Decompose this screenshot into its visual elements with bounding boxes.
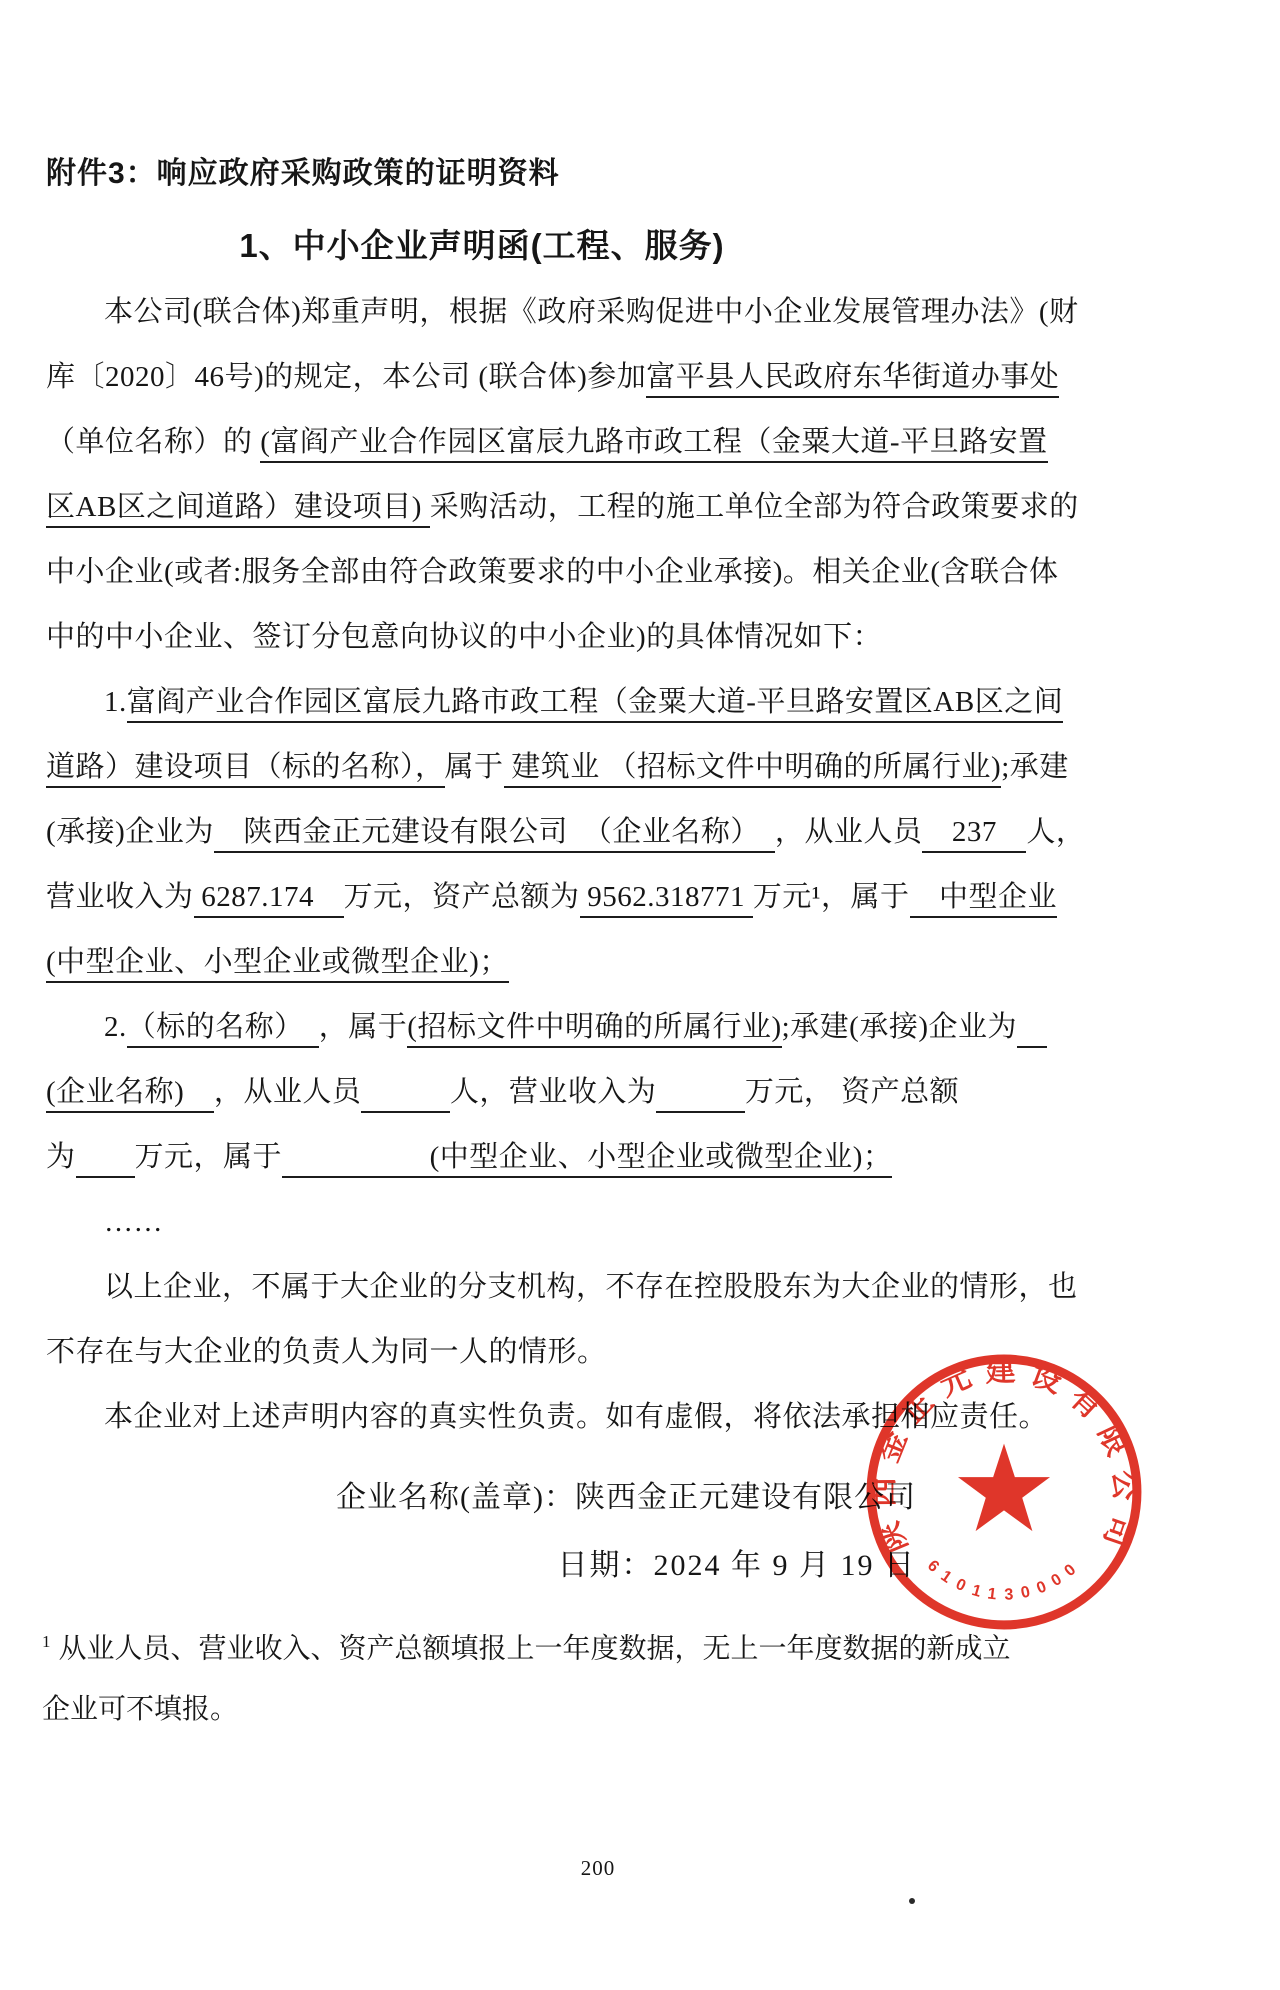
filled-blank: (招标文件中明确的所属行业) — [407, 1011, 781, 1048]
filled-blank: 陕西金正元建设有限公司 （企业名称） — [214, 816, 775, 853]
text-segment: …… — [104, 1206, 163, 1238]
text-segment: 万元，属于 — [135, 1141, 283, 1173]
text-segment: (承接)企业为 — [46, 816, 214, 848]
text-segment: 为 — [46, 1141, 76, 1173]
text-segment: 本公司(联合体)郑重声明，根据《政府采购促进中小企业发展管理办法》(财 — [104, 296, 1078, 328]
text-segment: 人， — [1026, 816, 1085, 848]
filled-blank: 富平县人民政府东华街道办事处 — [646, 361, 1059, 398]
text-segment: 属于 — [445, 751, 504, 783]
attachment-title: 附件3：响应政府采购政策的证明资料 — [46, 148, 560, 192]
filled-blank: 富阎产业合作园区富辰九路市政工程（金粟大道-平旦路安置区AB区之间 — [127, 686, 1063, 723]
text-segment: 库〔2020〕46号)的规定，本公司 (联合体)参加 — [46, 361, 646, 393]
text-segment: 中的中小企业、签订分包意向协议的中小企业)的具体情况如下： — [46, 621, 882, 653]
declaration-line: 道路）建设项目（标的名称），属于 建筑业 （招标文件中明确的所属行业);承建 — [46, 735, 918, 800]
text-segment: 营业收入为 — [46, 881, 194, 913]
text-segment: ，从业人员 — [775, 816, 923, 848]
declaration-line: （单位名称）的 (富阎产业合作园区富辰九路市政工程（金粟大道-平旦路安置 — [46, 410, 918, 475]
declaration-line: 本公司(联合体)郑重声明，根据《政府采购促进中小企业发展管理办法》(财 — [46, 280, 918, 345]
footnote: 1从业人员、营业收入、资产总额填报上一年度数据，无上一年度数据的新成立 企业可不… — [42, 1608, 922, 1744]
filled-blank: (中型企业、小型企业或微型企业)； — [430, 1141, 893, 1178]
text-segment: ，属于 — [319, 1011, 408, 1043]
declaration-line: …… — [46, 1190, 918, 1255]
filled-blank — [1017, 1011, 1047, 1048]
text-segment: 以上企业，不属于大企业的分支机构，不存在控股股东为大企业的情形，也 — [104, 1271, 1078, 1303]
footnote-marker: 1 — [42, 1632, 51, 1651]
seal-serial-textpath: 6101130000 — [924, 1557, 1079, 1604]
filled-blank — [282, 1141, 430, 1178]
text-segment: 中小企业(或者:服务全部由符合政策要求的中小企业承接)。相关企业(含联合体 — [46, 556, 1059, 588]
filled-blank: 237 — [922, 816, 1026, 853]
declaration-line: 以上企业，不属于大企业的分支机构，不存在控股股东为大企业的情形，也 — [46, 1255, 918, 1320]
declaration-line: 区AB区之间道路）建设项目) 采购活动，工程的施工单位全部为符合政策要求的 — [46, 475, 918, 540]
declaration-body: 本公司(联合体)郑重声明，根据《政府采购促进中小企业发展管理办法》(财库〔202… — [46, 280, 918, 1450]
page-number: 200 — [46, 1856, 1150, 1881]
filled-blank: （标的名称） — [127, 1011, 319, 1048]
text-segment: ;承建(承接)企业为 — [782, 1011, 1017, 1043]
filled-blank: 9562.318771 — [580, 881, 753, 918]
filled-blank — [76, 1141, 135, 1178]
declaration-line: (企业名称) ，从业人员 人，营业收入为 万元， 资产总额 — [46, 1060, 918, 1125]
page-title: 1、中小企业声明函(工程、服务) — [46, 220, 918, 267]
filled-blank: 6287.174 — [194, 881, 344, 918]
declaration-line: (承接)企业为 陕西金正元建设有限公司 （企业名称） ，从业人员 237 人， — [46, 800, 918, 865]
text-segment: 万元¹，属于 — [753, 881, 910, 913]
filled-blank: (企业名称) — [46, 1076, 214, 1113]
text-segment: 采购活动，工程的施工单位全部为符合政策要求的 — [430, 491, 1079, 523]
filled-blank: 道路）建设项目（标的名称）， — [46, 751, 445, 788]
text-segment: 2. — [104, 1011, 127, 1043]
text-segment: 不存在与大企业的负责人为同一人的情形。 — [46, 1336, 607, 1368]
text-segment: ;承建 — [1001, 751, 1069, 783]
text-segment: 1. — [104, 686, 127, 718]
text-segment: ，从业人员 — [214, 1076, 362, 1108]
declaration-line: 中的中小企业、签订分包意向协议的中小企业)的具体情况如下： — [46, 605, 918, 670]
filled-blank: 区AB区之间道路）建设项目) — [46, 491, 430, 528]
filled-blank: 建筑业 （招标文件中明确的所属行业) — [504, 751, 1002, 788]
company-seal: 陕西金正元建设有限公司 6101130000 — [858, 1346, 1150, 1638]
ink-dot — [909, 1898, 915, 1904]
declaration-line: 为 万元，属于 (中型企业、小型企业或微型企业)； — [46, 1125, 918, 1190]
declaration-line: 2.（标的名称） ，属于(招标文件中明确的所属行业);承建(承接)企业为 — [46, 995, 918, 1060]
filled-blank: 中型企业 — [910, 881, 1058, 918]
declaration-line: 库〔2020〕46号)的规定，本公司 (联合体)参加富平县人民政府东华街道办事处 — [46, 345, 918, 410]
filled-blank — [656, 1076, 745, 1113]
text-segment: 万元，资产总额为 — [344, 881, 580, 913]
text-segment: （单位名称）的 — [46, 426, 260, 458]
signature-company-line: 企业名称(盖章)：陕西金正元建设有限公司 — [336, 1472, 916, 1516]
footnote-line-2: 企业可不填报。 — [42, 1676, 922, 1744]
filled-blank: (富阎产业合作园区富辰九路市政工程（金粟大道-平旦路安置 — [260, 426, 1047, 463]
declaration-line: 中小企业(或者:服务全部由符合政策要求的中小企业承接)。相关企业(含联合体 — [46, 540, 918, 605]
declaration-line: 营业收入为 6287.174 万元，资产总额为 9562.318771 万元¹，… — [46, 865, 918, 930]
seal-star-icon — [958, 1444, 1050, 1531]
filled-blank — [361, 1076, 450, 1113]
declaration-line: 1.富阎产业合作园区富辰九路市政工程（金粟大道-平旦路安置区AB区之间 — [46, 670, 918, 735]
declaration-line: 本企业对上述声明内容的真实性负责。如有虚假，将依法承担相应责任。 — [46, 1385, 918, 1450]
text-segment: 万元， 资产总额 — [745, 1076, 959, 1108]
document-page: 附件3：响应政府采购政策的证明资料 1、中小企业声明函(工程、服务) 本公司(联… — [0, 0, 1280, 1990]
company-seal-label: 企业名称(盖章)： — [336, 1481, 575, 1514]
filled-blank: (中型企业、小型企业或微型企业)； — [46, 946, 509, 983]
declaration-line: 不存在与大企业的负责人为同一人的情形。 — [46, 1320, 918, 1385]
text-segment: 人，营业收入为 — [450, 1076, 657, 1108]
declaration-line: (中型企业、小型企业或微型企业)； — [46, 930, 918, 995]
seal-serial-text: 6101130000 — [924, 1557, 1079, 1604]
footnote-line-1: 1从业人员、营业收入、资产总额填报上一年度数据，无上一年度数据的新成立 — [42, 1608, 922, 1676]
